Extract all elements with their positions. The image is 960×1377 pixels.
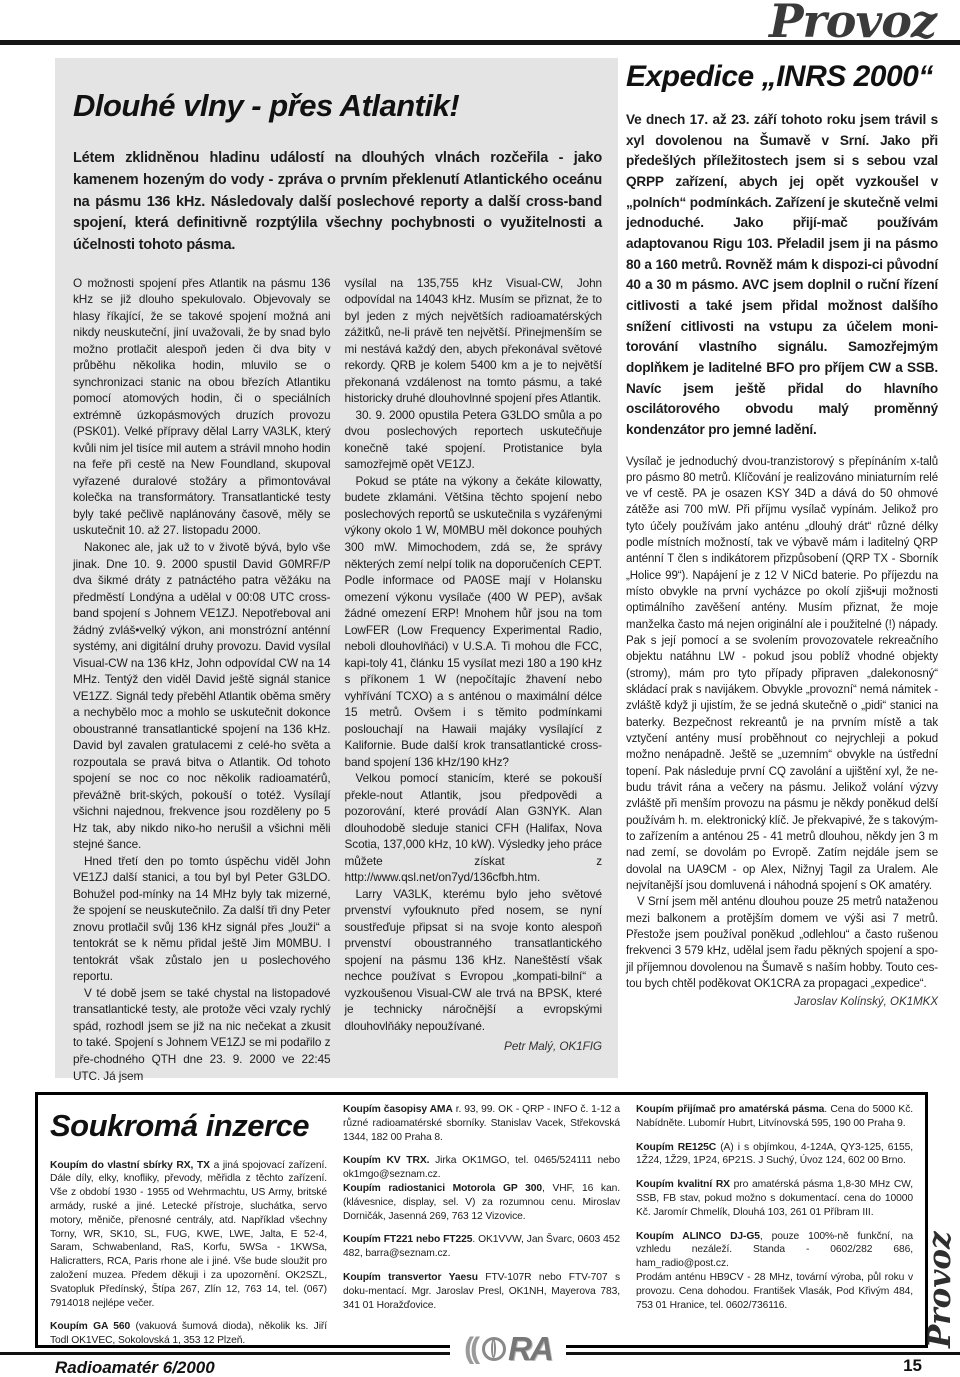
classified-ad: Koupím časopisy AMA r. 93, 99. OK - QRP … <box>343 1103 620 1144</box>
ad-lead: Koupím kvalitní RX <box>636 1179 730 1190</box>
classified-ad: Koupím KV TRX. Jirka OK1MGO, tel. 0465/5… <box>343 1154 620 1182</box>
classifieds-box: Soukromá inzerce Koupím do vlastní sbírk… <box>35 1092 928 1348</box>
article-title: Dlouhé vlny - přes Atlantik! <box>73 88 602 124</box>
ad-text: Prodám anténu HB9CV - 28 MHz, tovární vý… <box>636 1272 913 1311</box>
paragraph: Velkou pomocí stanicím, které se pokouší… <box>345 770 603 886</box>
article-title: Expedice „INRS 2000“ <box>626 60 938 94</box>
classifieds-column-2: Koupím časopisy AMA r. 93, 99. OK - QRP … <box>343 1103 620 1341</box>
article-long-waves: Dlouhé vlny - přes Atlantik! Létem zklid… <box>55 58 618 1078</box>
ad-lead: Koupím RE125C <box>636 1142 716 1153</box>
classifieds-column-1: Soukromá inzerce Koupím do vlastní sbírk… <box>50 1103 327 1341</box>
ad-lead: Koupím časopisy AMA <box>343 1104 453 1115</box>
article-columns: O možnosti spojení přes Atlantik na pásm… <box>73 275 602 1084</box>
article-column-right: vysílal na 135,755 kHz Visual-CW, John o… <box>345 275 603 1084</box>
article-expedice: Expedice „INRS 2000“ Ve dnech 17. až 23.… <box>626 60 938 1020</box>
magazine-page: Provoz Dlouhé vlny - přes Atlantik! Léte… <box>0 0 960 1377</box>
classifieds-title: Soukromá inzerce <box>50 1105 327 1147</box>
globe-icon <box>482 1337 506 1361</box>
classified-ad: Koupím přijímač pro amatérská pásma. Cen… <box>636 1103 913 1131</box>
ad-lead: Koupím do vlastní sbírky RX, TX <box>50 1160 210 1171</box>
ad-lead: Koupím ALINCO DJ-G5 <box>636 1231 760 1242</box>
ad-lead: Koupím GA 560 <box>50 1321 130 1332</box>
ad-lead: Koupím transvertor Yaesu <box>343 1272 478 1283</box>
paragraph: Vysílač je jednoduchý dvou-tranzistorový… <box>626 454 938 895</box>
classifieds-column-3: Koupím přijímač pro amatérská pásma. Cen… <box>636 1103 913 1341</box>
ad-lead: Koupím radiostanici Motorola GP 300 <box>343 1183 542 1194</box>
ad-lead: Koupím FT221 nebo FT225 <box>343 1234 472 1245</box>
classified-ad: Koupím kvalitní RX pro amatérská pásma 1… <box>636 1178 913 1219</box>
header-rule <box>0 40 960 45</box>
provoz-vertical-logo: Provoz <box>922 1128 958 1348</box>
classified-ad: Koupím radiostanici Motorola GP 300, VHF… <box>343 1182 620 1223</box>
ad-lead: Koupím KV TRX. <box>343 1155 429 1166</box>
paragraph: O možnosti spojení přes Atlantik na pásm… <box>73 275 331 539</box>
radioamater-logo: (( RA <box>450 1320 566 1377</box>
paragraph: Nakonec ale, jak už to v životě bývá, by… <box>73 539 331 853</box>
classified-ad: Koupím do vlastní sbírky RX, TX a jiná s… <box>50 1159 327 1311</box>
ad-text: a jiná spojovací zařízení. Dále díly, el… <box>50 1160 327 1309</box>
logo-arcs: (( <box>464 1332 476 1366</box>
classified-ad: Koupím GA 560 (vakuová šumová dioda), ně… <box>50 1320 327 1348</box>
ad-lead: Koupím přijímač pro amatérská pásma <box>636 1104 824 1115</box>
paragraph: V té době jsem se také chystal na listop… <box>73 985 331 1084</box>
page-number: 15 <box>903 1356 922 1376</box>
paragraph: Larry VA3LK, kterému bylo jeho světové p… <box>345 886 603 1035</box>
classified-ad: Koupím ALINCO DJ-G5, pouze 100%-ně funkč… <box>636 1230 913 1271</box>
classified-ad: Prodám anténu HB9CV - 28 MHz, tovární vý… <box>636 1271 913 1312</box>
article-lead: Ve dnech 17. až 23. září tohoto roku jse… <box>626 110 938 441</box>
article-column-left: O možnosti spojení přes Atlantik na pásm… <box>73 275 331 1084</box>
classified-ad: Koupím transvertor Yaesu FTV-107R nebo F… <box>343 1271 620 1312</box>
paragraph: Hned třetí den po tomto úspěchu viděl Jo… <box>73 853 331 985</box>
paragraph: Pokud se ptáte na výkony a čekáte kilowa… <box>345 473 603 770</box>
author-signature: Petr Malý, OK1FIG <box>345 1038 603 1055</box>
paragraph: V Srní jsem měl anténu dlouhou pouze 25 … <box>626 894 938 992</box>
classified-ad: Koupím RE125C (A) i s objímkou, 4-124A, … <box>636 1141 913 1169</box>
paragraph: 30. 9. 2000 opustila Petera G3LDO smůla … <box>345 407 603 473</box>
paragraph: vysílal na 135,755 kHz Visual-CW, John o… <box>345 275 603 407</box>
author-signature: Jaroslav Kolínský, OK1MKX <box>626 996 938 1008</box>
classified-ad: Koupím FT221 nebo FT225. OK1VVW, Jan Šva… <box>343 1233 620 1261</box>
article-perex: Létem zklidněnou hladinu událostí na dlo… <box>73 148 602 257</box>
issue-label: Radioamatér 6/2000 <box>55 1358 215 1377</box>
logo-letters: RA <box>508 1330 552 1368</box>
